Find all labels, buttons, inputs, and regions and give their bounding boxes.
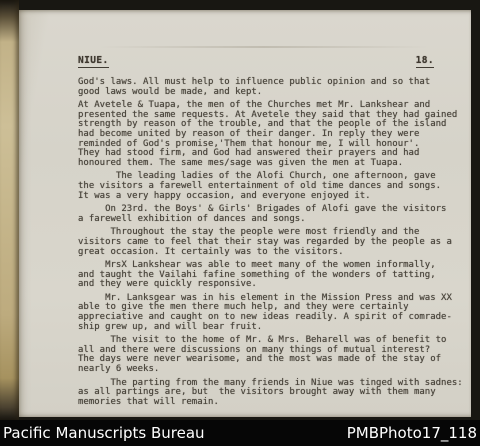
document-body: God's laws. All must help to influence p…	[78, 78, 474, 407]
scanned-document-photo: NIUE. 18. God's laws. All must help to i…	[0, 0, 480, 420]
page-content: NIUE. 18. God's laws. All must help to i…	[78, 55, 474, 411]
paragraph-avetele-tuapa: At Avetele & Tuapa, the men of the Churc…	[78, 101, 474, 168]
paragraph-mission-press: Mr. Lanksgear was in his element in the …	[78, 294, 474, 332]
archive-name-label: Pacific Manuscripts Bureau	[3, 420, 205, 446]
page-title: NIUE.	[78, 55, 109, 68]
page-header: NIUE. 18.	[78, 55, 434, 68]
paragraph-brigades: On 23rd. the Boys' & Girls' Brigades of …	[78, 205, 474, 224]
paragraph-mrs-lankshear: MrsX Lankshear was able to meet many of …	[78, 261, 474, 290]
paragraph-leading-ladies: The leading ladies of the Alofi Church, …	[78, 172, 474, 201]
document-page: NIUE. 18. God's laws. All must help to i…	[19, 10, 471, 417]
photo-id-label: PMBPhoto17_118	[347, 420, 477, 446]
caption-bar: Pacific Manuscripts Bureau PMBPhoto17_11…	[0, 420, 480, 446]
paragraph-parting: The parting from the many friends in Niu…	[78, 379, 474, 408]
screenshot-root: NIUE. 18. God's laws. All must help to i…	[0, 0, 480, 446]
paragraph-friendly-stay: Throughout the stay the people were most…	[78, 228, 474, 257]
paragraph-beharell-visit: The visit to the home of Mr. & Mrs. Beha…	[78, 336, 474, 374]
paragraph-gods-laws: God's laws. All must help to influence p…	[78, 78, 474, 97]
book-binding-edge	[0, 0, 19, 420]
page-number: 18.	[416, 55, 434, 68]
